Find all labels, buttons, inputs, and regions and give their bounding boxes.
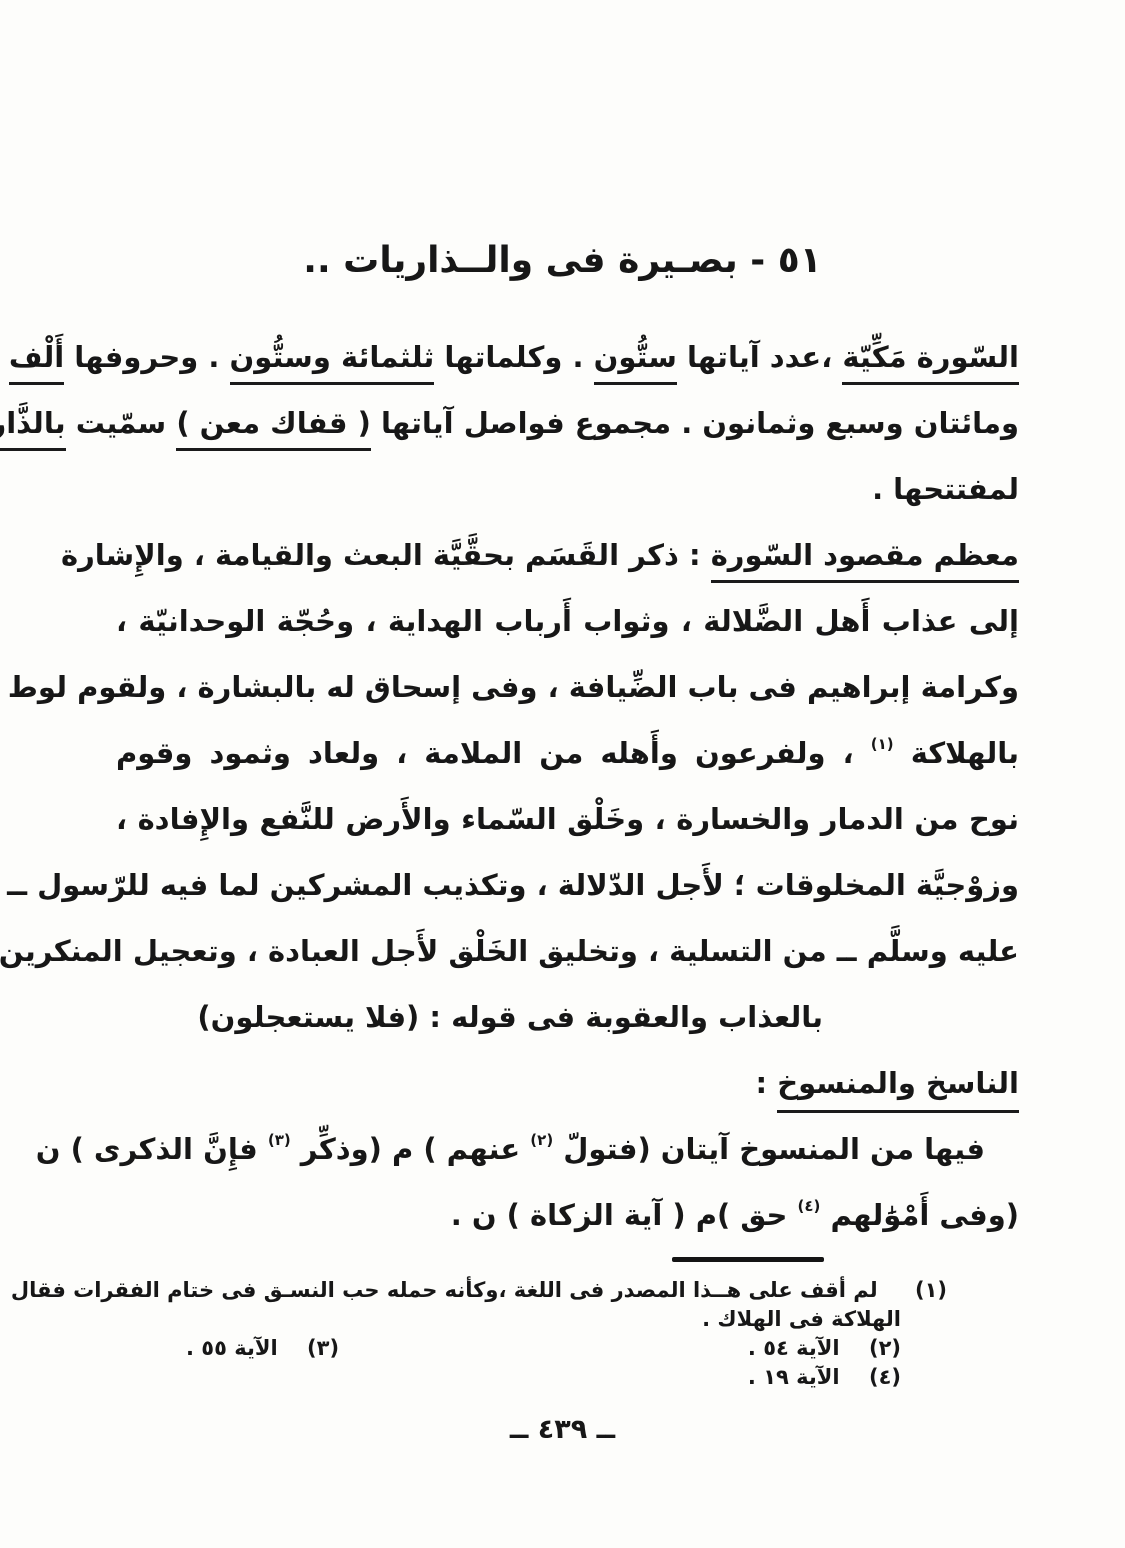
maqsud-line-2: إلى عذاب أَهل الضَّلالة ، وثواب أَرباب ا… <box>116 598 1019 664</box>
footnote-row-2-3: (٢) الآية ٥٤ . (٣) الآية ٥٥ . <box>70 1334 947 1363</box>
text-segment: وكرامة إبراهيم فى باب الضِّيافة ، وفى إس… <box>8 670 1019 704</box>
footnote-4: (٤) الآية ١٩ . <box>748 1365 901 1389</box>
maqsud-line-6: وزوْجيَّة المخلوقات ؛ لأَجل الدّلالة ، و… <box>116 862 1019 928</box>
text-segment: بالعذاب والعقوبة فى قوله : (فلا يستعجلون… <box>197 1000 823 1034</box>
footnote-3: (٣) الآية ٥٥ . <box>186 1334 339 1363</box>
naskh-heading: الناسخ والمنسوخ : <box>116 1060 1019 1126</box>
footnote-2: (٢) الآية ٥٤ . <box>748 1336 901 1360</box>
text-segment: وزوْجيَّة المخلوقات ؛ لأَجل الدّلالة ، و… <box>0 868 1019 902</box>
underlined-phrase: أَلْف <box>9 340 64 385</box>
underlined-phrase: ستُّون <box>594 340 677 385</box>
text-segment: ، ولفرعون وأَهله من الملامة ، ولعاد وثمو… <box>116 736 871 770</box>
footnote-ref: (٢) <box>530 1131 553 1149</box>
page-number: ــ ٤٣٩ ــ <box>0 1414 1125 1445</box>
intro-line-3: لمفتتحها . <box>116 466 1019 532</box>
text-segment: حق )م ( آية الزكاة ) ن . <box>451 1198 798 1232</box>
footnote-2-text: الآية ٥٤ . <box>748 1336 840 1360</box>
footnote-1-text: لم أقف على هــذا المصدر فى اللغة ،وكأنه … <box>11 1278 878 1302</box>
underlined-phrase: الناسخ والمنسوخ <box>777 1066 1019 1113</box>
footnote-1-text-2: الهلاكة فى الهلاك . <box>702 1307 901 1331</box>
book-page: ٥١ - بصـيرة فى والــذاريات .. السّورة مَ… <box>0 0 1125 1548</box>
footnote-3-text: الآية ٥٥ . <box>186 1336 278 1360</box>
intro-line-2: ومائتان وسبع وثمانون . مجموع فواصل آياته… <box>116 400 1019 466</box>
footnote-3-marker: (٣) <box>307 1336 339 1360</box>
maqsud-line-5: نوح من الدمار والخسارة ، وخَلْق السّماء … <box>116 796 1019 862</box>
text-segment: عليه وسلَّم ــ من التسلية ، وتخليق الخَل… <box>0 934 1019 968</box>
text-segment: بالهلاكة <box>894 736 1019 770</box>
text-segment: إلى عذاب أَهل الضَّلالة ، وثواب أَرباب ا… <box>116 604 1019 638</box>
text-segment: سمّيت <box>66 406 177 440</box>
underlined-phrase: ثلثمائة وستُّون <box>230 340 435 385</box>
naskh-line-1: فيها من المنسوخ آيتان (فتولّ (٢) عنهم ) … <box>116 1126 1019 1192</box>
footnote-1-continuation: الهلاكة فى الهلاك . <box>70 1305 947 1334</box>
text-segment: (وفى أَمْوَٰلهم <box>820 1198 1019 1232</box>
text-segment: لمفتتحها . <box>872 472 1019 506</box>
underlined-phrase: ( قفاك معن ) <box>176 406 371 451</box>
text-segment: فيها من المنسوخ آيتان (فتولّ <box>553 1132 985 1166</box>
footnote-4-text: الآية ١٩ . <box>748 1365 840 1389</box>
maqsud-line-4: بالهلاكة (١) ، ولفرعون وأَهله من الملامة… <box>116 730 1019 796</box>
footnote-ref: (٣) <box>268 1131 291 1149</box>
footnote-row-4: (٤) الآية ١٩ . <box>70 1363 947 1392</box>
text-segment: نوح من الدمار والخسارة ، وخَلْق السّماء … <box>116 802 1019 836</box>
footnote-divider <box>672 1257 824 1262</box>
footnote-ref: (١) <box>871 735 894 753</box>
maqsud-line-7: عليه وسلَّم ــ من التسلية ، وتخليق الخَل… <box>116 928 1019 994</box>
page-title: ٥١ - بصـيرة فى والــذاريات .. <box>0 240 1125 281</box>
footnote-1: (١) لم أقف على هــذا المصدر فى اللغة ،وك… <box>70 1276 947 1305</box>
maqsud-line-8: بالعذاب والعقوبة فى قوله : (فلا يستعجلون… <box>116 994 1019 1060</box>
footnote-2-marker: (٢) <box>869 1336 901 1360</box>
underlined-phrase: معظم مقصود السّورة <box>711 538 1019 583</box>
text-segment: . وحروفها <box>64 340 229 374</box>
text-segment: : ذكر القَسَم بحقَّيَّة البعث والقيامة ،… <box>61 538 711 572</box>
underlined-phrase: بالذَّارياب <box>0 406 66 451</box>
naskh-line-2: (وفى أَمْوَٰلهم (٤) حق )م ( آية الزكاة )… <box>116 1192 1019 1258</box>
text-segment: ،عدد آياتها <box>677 340 842 374</box>
text-segment: عنهم ) م (وذكِّر <box>291 1132 531 1166</box>
text-segment: ومائتان وسبع وثمانون . مجموع فواصل آياته… <box>371 406 1019 440</box>
underlined-phrase: السّورة مَكِّيّة <box>842 340 1019 385</box>
maqsud-line-1: معظم مقصود السّورة : ذكر القَسَم بحقَّيَ… <box>116 532 1019 598</box>
maqsud-line-3: وكرامة إبراهيم فى باب الضِّيافة ، وفى إس… <box>116 664 1019 730</box>
body-text: السّورة مَكِّيّة ،عدد آياتها ستُّون . وك… <box>116 334 1019 1258</box>
text-segment: فإِنَّ الذكرى ) ن <box>36 1132 268 1166</box>
text-segment: . وكلماتها <box>434 340 593 374</box>
footnote-1-marker: (١) <box>915 1278 947 1302</box>
intro-line-1: السّورة مَكِّيّة ،عدد آياتها ستُّون . وك… <box>116 334 1019 400</box>
footnote-4-marker: (٤) <box>869 1365 901 1389</box>
text-segment: : <box>755 1066 777 1100</box>
footnote-ref: (٤) <box>797 1197 820 1215</box>
footnotes: (١) لم أقف على هــذا المصدر فى اللغة ،وك… <box>70 1276 947 1392</box>
